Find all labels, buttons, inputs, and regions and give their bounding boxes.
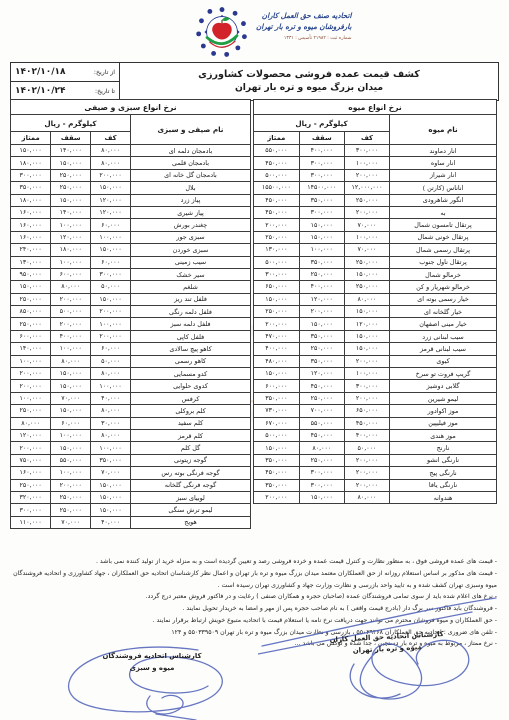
union-emblem-icon [194, 4, 250, 60]
premium-price-cell: ۳۰۰,۰۰۰ [11, 169, 51, 181]
floor-price-cell: ۳۰۰,۰۰۰ [344, 380, 389, 392]
premium-price-cell: ۶۵۰,۰۰۰ [254, 281, 300, 293]
ceiling-price-cell: ۲۰۰,۰۰۰ [51, 479, 91, 491]
premium-price-cell: ۵۰۰,۰۰۰ [254, 169, 300, 181]
ceiling-price-cell: ۱۰۰,۰۰۰ [51, 256, 91, 268]
ceiling-price-cell: ۱۴۰,۰۰۰ [51, 145, 91, 157]
product-name-cell: کاهو پیچ سالادی [130, 343, 250, 355]
table-row: لیمو ترش سنگی ۱۵۰,۰۰۰ ۲۵۰,۰۰۰ ۳۰۰,۰۰۰ [11, 504, 251, 516]
ceiling-price-cell: ۱۸۰,۰۰۰ [51, 244, 91, 256]
table-row: فلفل تند ریز ۱۵۰,۰۰۰ ۲۰۰,۰۰۰ ۲۵۰,۰۰۰ [11, 293, 251, 305]
ceiling-price-cell: ۲۵۰,۰۰۰ [51, 491, 91, 503]
floor-price-cell: ۷۰,۰۰۰ [91, 467, 131, 479]
floor-price-cell: ۲۰۰,۰۰۰ [91, 306, 131, 318]
ceiling-price-cell: ۳۰۰,۰۰۰ [299, 206, 344, 218]
ceiling-price-cell: ۸۰,۰۰۰ [299, 442, 344, 454]
table-row: خیار رسمی بوته ای ۸۰,۰۰۰ ۱۲۰,۰۰۰ ۱۵۰,۰۰۰ [254, 293, 497, 305]
product-name-cell: به [390, 206, 497, 218]
premium-price-cell: ۱۶۰,۰۰۰ [11, 231, 51, 243]
table-row: سبزی جور ۱۰۰,۰۰۰ ۱۲۰,۰۰۰ ۱۶۰,۰۰۰ [11, 231, 251, 243]
premium-price-cell: ۵۰۰,۰۰۰ [254, 429, 300, 441]
vegetables-rows: بادمجان دلمه ای ۸۰,۰۰۰ ۱۴۰,۰۰۰ ۱۵۰,۰۰۰ ب… [11, 145, 251, 529]
floor-price-cell: ۲۵۰,۰۰۰ [344, 194, 389, 206]
ceiling-price-cell: ۱۵۰,۰۰۰ [299, 491, 344, 503]
table-row: موز فیلیپین ۴۵۰,۰۰۰ ۵۵۰,۰۰۰ ۶۷۰,۰۰۰ [254, 417, 497, 429]
product-name-cell: موز فیلیپین [390, 417, 497, 429]
product-name-cell: کلم سفید [130, 417, 250, 429]
premium-price-cell: ۱۲۰,۰۰۰ [11, 429, 51, 441]
fruit-name-header: نام میوه [390, 115, 497, 145]
ceiling-price-cell: ۷۰,۰۰۰ [51, 392, 91, 404]
product-name-cell: خرمالو شهریار و کن [390, 281, 497, 293]
product-name-cell: گوجه فرنگی گلخانه [130, 479, 250, 491]
ceiling-price-cell: ۱۰۰,۰۰۰ [51, 429, 91, 441]
product-name-cell: موز اکوادور [390, 405, 497, 417]
floor-price-cell: ۱۵۰,۰۰۰ [344, 343, 389, 355]
ceiling-price-cell: ۱۵۰,۰۰۰ [299, 318, 344, 330]
table-row: خرمالو شمال ۱۵۰,۰۰۰ ۲۵۰,۰۰۰ ۳۰۰,۰۰۰ [254, 268, 497, 280]
premium-price-cell: ۱۶۰,۰۰۰ [11, 219, 51, 231]
product-name-cell: کدوی حلوایی [130, 380, 250, 392]
floor-price-cell: ۴۰,۰۰۰ [91, 516, 131, 528]
premium-price-cell: ۳۲۰,۰۰۰ [11, 491, 51, 503]
veg-section-title: نرخ انواع سبزی و صیفی [11, 100, 251, 115]
fruit-floor-header: کف [344, 132, 389, 145]
product-name-cell: انار شیراز [390, 169, 497, 181]
product-name-cell: گوجه زیتونی [130, 454, 250, 466]
product-name-cell: سیب زمینی [130, 256, 250, 268]
table-row: به ۲۰۰,۰۰۰ ۳۰۰,۰۰۰ ۴۵۰,۰۰۰ [254, 206, 497, 218]
product-name-cell: کیوی [390, 355, 497, 367]
left-signature-line1: کارشناس اتحادیه فروشندگان [62, 650, 242, 662]
table-row: موز هندی ۴۰۰,۰۰۰ ۴۵۰,۰۰۰ ۵۰۰,۰۰۰ [254, 429, 497, 441]
floor-price-cell: ۴۰,۰۰۰ [91, 392, 131, 404]
product-name-cell: خیار مینی اصفهان [390, 318, 497, 330]
ceiling-price-cell: ۱۴۰,۰۰۰ [51, 206, 91, 218]
premium-price-cell: ۱۵۰,۰۰۰ [254, 368, 300, 380]
fruit-section-title: نرخ انواع میوه [254, 100, 497, 115]
product-name-cell: بادمجان قلمی [130, 157, 250, 169]
product-name-cell: چغندر بورش [130, 219, 250, 231]
premium-price-cell: ۴۰۰,۰۰۰ [254, 343, 300, 355]
ceiling-price-cell: ۱۵۰,۰۰۰ [51, 380, 91, 392]
title-line-2: میدان بزرگ میوه و تره بار تهران [120, 82, 498, 95]
table-row: سیر خشک ۳۰۰,۰۰۰ ۶۰۰,۰۰۰ ۹۵۰,۰۰۰ [11, 268, 251, 280]
product-name-cell: انگور شاهرودی [390, 194, 497, 206]
table-row: پرتقال تامسون شمال ۷۰,۰۰۰ ۱۵۰,۰۰۰ ۲۰۰,۰۰… [254, 219, 497, 231]
product-name-cell: بلال [130, 182, 250, 194]
premium-price-cell: ۳۵۰,۰۰۰ [254, 392, 300, 404]
floor-price-cell: ۱۰۰,۰۰۰ [344, 157, 389, 169]
product-name-cell: فلفل دلمه رنگی [130, 306, 250, 318]
premium-price-cell: ۱۵۰,۰۰۰ [11, 281, 51, 293]
table-row: کلم سفید ۳۰,۰۰۰ ۶۰,۰۰۰ ۸۰,۰۰۰ [11, 417, 251, 429]
floor-price-cell: ۲۰۰,۰۰۰ [344, 169, 389, 181]
floor-price-cell: ۳۰۰,۰۰۰ [344, 145, 389, 157]
ceiling-price-cell: ۳۰۰,۰۰۰ [299, 169, 344, 181]
floor-price-cell: ۲۰۰,۰۰۰ [91, 169, 131, 181]
date-to-label: تا تاریخ: [95, 88, 115, 95]
ceiling-price-cell: ۲۵۰,۰۰۰ [51, 504, 91, 516]
table-row: بلال ۱۵۰,۰۰۰ ۲۵۰,۰۰۰ ۳۵۰,۰۰۰ [11, 182, 251, 194]
premium-price-cell: ۱۴۰,۰۰۰ [11, 343, 51, 355]
table-row: پیاز شیری ۱۲۰,۰۰۰ ۱۴۰,۰۰۰ ۱۶۰,۰۰۰ [11, 206, 251, 218]
product-name-cell: پرتقال رسمی شمال [390, 244, 497, 256]
table-row: لوبیای سبز ۱۵۰,۰۰۰ ۲۵۰,۰۰۰ ۳۲۰,۰۰۰ [11, 491, 251, 503]
premium-price-cell: ۲۵۰,۰۰۰ [11, 293, 51, 305]
table-row: هندوانه ۸۰,۰۰۰ ۱۵۰,۰۰۰ ۲۰۰,۰۰۰ [254, 491, 497, 503]
ceiling-price-cell: ۱۵۰,۰۰۰ [51, 368, 91, 380]
table-row: کلم قرمز ۸۰,۰۰۰ ۱۰۰,۰۰۰ ۱۲۰,۰۰۰ [11, 429, 251, 441]
product-name-cell: شلغم [130, 281, 250, 293]
table-row: سیب لبنانی قرمز ۱۵۰,۰۰۰ ۲۵۰,۰۰۰ ۴۰۰,۰۰۰ [254, 343, 497, 355]
ceiling-price-cell: ۲۵۰,۰۰۰ [299, 392, 344, 404]
product-name-cell: هندوانه [390, 491, 497, 503]
table-row: شلغم ۵۰,۰۰۰ ۸۰,۰۰۰ ۱۵۰,۰۰۰ [11, 281, 251, 293]
floor-price-cell: ۲۰۰,۰۰۰ [344, 454, 389, 466]
premium-price-cell: ۷۵۰,۰۰۰ [11, 454, 51, 466]
floor-price-cell: ۸۰,۰۰۰ [91, 405, 131, 417]
product-name-cell: گل کلم [130, 442, 250, 454]
table-row: سیب زمینی ۶۰,۰۰۰ ۱۰۰,۰۰۰ ۱۳۰,۰۰۰ [11, 256, 251, 268]
product-name-cell: بادمجان گل خانه ای [130, 169, 250, 181]
floor-price-cell: ۴۵۰,۰۰۰ [344, 417, 389, 429]
premium-price-cell: ۴۷۰,۰۰۰ [254, 330, 300, 342]
product-name-cell: پیاز زرد [130, 194, 250, 206]
product-name-cell: پرتقال ناول جنوب [390, 256, 497, 268]
floor-price-cell: ۷۰,۰۰۰ [344, 219, 389, 231]
table-row: چغندر بورش ۶۰,۰۰۰ ۱۰۰,۰۰۰ ۱۶۰,۰۰۰ [11, 219, 251, 231]
floor-price-cell: ۱۲۰,۰۰۰ [91, 206, 131, 218]
table-row: خیار مینی اصفهان ۱۲۰,۰۰۰ ۱۵۰,۰۰۰ ۲۰۰,۰۰۰ [254, 318, 497, 330]
premium-price-cell: ۳۵۰,۰۰۰ [11, 182, 51, 194]
premium-price-cell: ۲۰۰,۰۰۰ [254, 318, 300, 330]
premium-price-cell: ۴۵۰,۰۰۰ [254, 467, 300, 479]
fruit-unit-header: کیلوگرم - ریال [254, 115, 390, 132]
vegetables-table-body: نرخ انواع سبزی و صیفی نام صیفی و سبزی کی… [11, 100, 251, 145]
vegetables-price-table: نرخ انواع سبزی و صیفی نام صیفی و سبزی کی… [10, 99, 251, 529]
table-row: گوجه زیتونی ۳۵۰,۰۰۰ ۵۵۰,۰۰۰ ۷۵۰,۰۰۰ [11, 454, 251, 466]
veg-ceiling-header: سقف [51, 132, 91, 145]
product-name-cell: هویج [130, 516, 250, 528]
table-row: بادمجان قلمی ۸۰,۰۰۰ ۱۵۰,۰۰۰ ۱۸۰,۰۰۰ [11, 157, 251, 169]
date-box: از تاریخ: ۱۴۰۲/۱۰/۱۸ تا تاریخ: ۱۴۰۲/۱۰/۲… [11, 63, 120, 100]
fruit-premium-header: ممتاز [254, 132, 300, 145]
veg-name-header: نام صیفی و سبزی [130, 115, 250, 145]
product-name-cell: نارنگی انشو [390, 454, 497, 466]
floor-price-cell: ۱۵۰,۰۰۰ [91, 504, 131, 516]
ceiling-price-cell: ۲۵۰,۰۰۰ [51, 182, 91, 194]
table-row: گریپ فروت تو سرخ ۱۰۰,۰۰۰ ۱۲۰,۰۰۰ ۱۵۰,۰۰۰ [254, 368, 497, 380]
product-name-cell: انار ساوه [390, 157, 497, 169]
product-name-cell: لیمو شیرین [390, 392, 497, 404]
floor-price-cell: ۸۰,۰۰۰ [91, 157, 131, 169]
date-to-row: تا تاریخ: ۱۴۰۲/۱۰/۲۴ [11, 81, 119, 100]
table-row: بادمجان گل خانه ای ۲۰۰,۰۰۰ ۲۵۰,۰۰۰ ۳۰۰,۰… [11, 169, 251, 181]
ceiling-price-cell: ۲۰۰,۰۰۰ [51, 293, 91, 305]
floor-price-cell: ۷۰,۰۰۰ [344, 244, 389, 256]
ceiling-price-cell: ۱۵۰,۰۰۰ [299, 219, 344, 231]
ceiling-price-cell: ۱۰۰,۰۰۰ [51, 219, 91, 231]
table-row: بادمجان دلمه ای ۸۰,۰۰۰ ۱۴۰,۰۰۰ ۱۵۰,۰۰۰ [11, 145, 251, 157]
premium-price-cell: ۱۵۰,۰۰۰ [11, 145, 51, 157]
floor-price-cell: ۲۵۰,۰۰۰ [344, 281, 389, 293]
table-row: فلفل کاپی ۲۰۰,۰۰۰ ۴۰۰,۰۰۰ ۶۰۰,۰۰۰ [11, 330, 251, 342]
premium-price-cell: ۳۵۰,۰۰۰ [254, 454, 300, 466]
table-row: فلفل دلمه سبز ۱۰۰,۰۰۰ ۲۰۰,۰۰۰ ۲۵۰,۰۰۰ [11, 318, 251, 330]
floor-price-cell: ۵۰,۰۰۰ [344, 442, 389, 454]
ceiling-price-cell: ۳۰۰,۰۰۰ [299, 467, 344, 479]
ceiling-price-cell: ۱۲۰,۰۰۰ [51, 231, 91, 243]
product-name-cell: نارنگی پیج [390, 467, 497, 479]
floor-price-cell: ۱۰۰,۰۰۰ [91, 318, 131, 330]
product-name-cell: نارنگی یافا [390, 479, 497, 491]
footer-note-line: - نرخ های اعلام شده باید از سوی تمامی فر… [10, 591, 497, 603]
product-name-cell: خرمالو شمال [390, 268, 497, 280]
premium-price-cell: ۱۸۰,۰۰۰ [11, 157, 51, 169]
left-signature-block: کارشناس اتحادیه فروشندگان میوه و سبزی [62, 650, 242, 675]
product-name-cell: کلم قرمز [130, 429, 250, 441]
union-registration-line: شماره ثبت : ۲۱۹۸۲ تأسیس : ۱۳۳۱ [256, 36, 351, 41]
floor-price-cell: ۶۰,۰۰۰ [91, 343, 131, 355]
product-name-cell: فلفل کاپی [130, 330, 250, 342]
premium-price-cell: ۸۰,۰۰۰ [11, 417, 51, 429]
table-row: کاهو پیچ سالادی ۶۰,۰۰۰ ۱۰۰,۰۰۰ ۱۴۰,۰۰۰ [11, 343, 251, 355]
table-row: گلابی دوشیز ۳۰۰,۰۰۰ ۴۵۰,۰۰۰ ۶۰۰,۰۰۰ [254, 380, 497, 392]
ceiling-price-cell: ۳۰۰,۰۰۰ [299, 479, 344, 491]
ceiling-price-cell: ۱۵۰,۰۰۰ [51, 405, 91, 417]
product-name-cell: گریپ فروت تو سرخ [390, 368, 497, 380]
ceiling-price-cell: ۵۵۰,۰۰۰ [299, 417, 344, 429]
premium-price-cell: ۳۵۰,۰۰۰ [254, 479, 300, 491]
product-name-cell: خیار گلخانه ای [390, 306, 497, 318]
premium-price-cell: ۵۵۰,۰۰۰ [254, 145, 300, 157]
table-row: پرتقال ناول جنوب ۲۵۰,۰۰۰ ۳۵۰,۰۰۰ ۵۰۰,۰۰۰ [254, 256, 497, 268]
ceiling-price-cell: ۲۰۰,۰۰۰ [299, 306, 344, 318]
table-row: نارنگی انشو ۲۰۰,۰۰۰ ۲۵۰,۰۰۰ ۳۵۰,۰۰۰ [254, 454, 497, 466]
floor-price-cell: ۸۰,۰۰۰ [91, 429, 131, 441]
table-row: گوجه فرنگی گلخانه ۱۵۰,۰۰۰ ۲۰۰,۰۰۰ ۲۵۰,۰۰… [11, 479, 251, 491]
floor-price-cell: ۱۵۰,۰۰۰ [91, 182, 131, 194]
ceiling-price-cell: ۴۵۰,۰۰۰ [299, 429, 344, 441]
ceiling-price-cell: ۶۰۰,۰۰۰ [51, 268, 91, 280]
ceiling-price-cell: ۱۵۰,۰۰۰ [51, 157, 91, 169]
premium-price-cell: ۲۵۰,۰۰۰ [11, 405, 51, 417]
table-row: انار دماوند ۳۰۰,۰۰۰ ۴۰۰,۰۰۰ ۵۵۰,۰۰۰ [254, 145, 497, 157]
floor-price-cell: ۱۲۰,۰۰۰ [344, 318, 389, 330]
floor-price-cell: ۳۰,۰۰۰ [91, 417, 131, 429]
table-row: فلفل دلمه رنگی ۲۰۰,۰۰۰ ۵۰۰,۰۰۰ ۸۵۰,۰۰۰ [11, 306, 251, 318]
union-logo-text: اتحادیه صنف حق العمل کاران بارفروشان میو… [256, 4, 351, 41]
ceiling-price-cell: ۶۰,۰۰۰ [51, 417, 91, 429]
ceiling-price-cell: ۸۰,۰۰۰ [51, 355, 91, 367]
ceiling-price-cell: ۲۵۰,۰۰۰ [299, 454, 344, 466]
floor-price-cell: ۶۵۰,۰۰۰ [344, 405, 389, 417]
product-name-cell: انار دماوند [390, 145, 497, 157]
table-row: اناناس (کارتن ) ۱۲,۰۰۰,۰۰۰ ۱۴۵۰۰,۰۰۰ ۱۵۵… [254, 182, 497, 194]
premium-price-cell: ۴۵۰,۰۰۰ [254, 157, 300, 169]
premium-price-cell: ۱۳۰,۰۰۰ [254, 244, 300, 256]
floor-price-cell: ۸۰,۰۰۰ [344, 293, 389, 305]
table-row: نارنگی پیج ۲۰۰,۰۰۰ ۳۰۰,۰۰۰ ۴۵۰,۰۰۰ [254, 467, 497, 479]
product-name-cell: پرتقال خونی شمال [390, 231, 497, 243]
ceiling-price-cell: ۳۵۰,۰۰۰ [299, 194, 344, 206]
date-from-row: از تاریخ: ۱۴۰۲/۱۰/۱۸ [11, 63, 119, 81]
floor-price-cell: ۶۰,۰۰۰ [91, 219, 131, 231]
product-name-cell: بادمجان دلمه ای [130, 145, 250, 157]
floor-price-cell: ۲۰۰,۰۰۰ [344, 392, 389, 404]
premium-price-cell: ۹۵۰,۰۰۰ [11, 268, 51, 280]
floor-price-cell: ۲۰۰,۰۰۰ [344, 479, 389, 491]
premium-price-cell: ۲۰۰,۰۰۰ [254, 219, 300, 231]
product-name-cell: خیار رسمی بوته ای [390, 293, 497, 305]
table-row: نارنج ۵۰,۰۰۰ ۸۰,۰۰۰ ۱۵۰,۰۰۰ [254, 442, 497, 454]
floor-price-cell: ۵۰,۰۰۰ [91, 355, 131, 367]
ceiling-price-cell: ۱۲۰,۰۰۰ [299, 368, 344, 380]
floor-price-cell: ۱۵۰,۰۰۰ [344, 268, 389, 280]
premium-price-cell: ۶۰۰,۰۰۰ [254, 380, 300, 392]
premium-price-cell: ۲۵۰,۰۰۰ [11, 479, 51, 491]
document-title: کشف قیمت عمده فروشی محصولات کشاورزی میدا… [120, 63, 498, 100]
ceiling-price-cell: ۷۰۰,۰۰۰ [299, 405, 344, 417]
premium-price-cell: ۲۵۰,۰۰۰ [254, 231, 300, 243]
floor-price-cell: ۸۰,۰۰۰ [344, 491, 389, 503]
floor-price-cell: ۲۵۰,۰۰۰ [344, 256, 389, 268]
premium-price-cell: ۲۰۰,۰۰۰ [254, 491, 300, 503]
premium-price-cell: ۱۶۰,۰۰۰ [11, 467, 51, 479]
premium-price-cell: ۸۵۰,۰۰۰ [11, 306, 51, 318]
premium-price-cell: ۱۸۰,۰۰۰ [11, 194, 51, 206]
table-row: لیمو شیرین ۲۰۰,۰۰۰ ۲۵۰,۰۰۰ ۳۵۰,۰۰۰ [254, 392, 497, 404]
table-row: گل کلم ۱۰۰,۰۰۰ ۱۵۰,۰۰۰ ۲۰۰,۰۰۰ [11, 442, 251, 454]
table-row: کیوی ۲۰۰,۰۰۰ ۳۵۰,۰۰۰ ۴۸۰,۰۰۰ [254, 355, 497, 367]
product-name-cell: سبزی خوردن [130, 244, 250, 256]
ceiling-price-cell: ۴۰۰,۰۰۰ [299, 145, 344, 157]
table-row: انگور شاهرودی ۲۵۰,۰۰۰ ۳۵۰,۰۰۰ ۴۵۰,۰۰۰ [254, 194, 497, 206]
premium-price-cell: ۶۰۰,۰۰۰ [11, 330, 51, 342]
title-line-1: کشف قیمت عمده فروشی محصولات کشاورزی [120, 68, 498, 82]
premium-price-cell: ۲۰۰,۰۰۰ [11, 442, 51, 454]
floor-price-cell: ۱۵۰,۰۰۰ [91, 244, 131, 256]
floor-price-cell: ۱۵۰,۰۰۰ [91, 479, 131, 491]
date-to-value: ۱۴۰۲/۱۰/۲۴ [15, 86, 66, 96]
floor-price-cell: ۴۰۰,۰۰۰ [344, 429, 389, 441]
table-row: پرتقال رسمی شمال ۷۰,۰۰۰ ۱۰۰,۰۰۰ ۱۳۰,۰۰۰ [254, 244, 497, 256]
premium-price-cell: ۱۰۰,۰۰۰ [11, 392, 51, 404]
veg-premium-header: ممتاز [11, 132, 51, 145]
premium-price-cell: ۱۰۰,۰۰۰ [11, 355, 51, 367]
table-row: هویج ۴۰,۰۰۰ ۷۰,۰۰۰ ۱۱۰,۰۰۰ [11, 516, 251, 528]
fruit-ceiling-header: سقف [299, 132, 344, 145]
table-row: گوجه فرنگی بوته رس ۷۰,۰۰۰ ۱۰۰,۰۰۰ ۱۶۰,۰۰… [11, 467, 251, 479]
floor-price-cell: ۸۰,۰۰۰ [91, 145, 131, 157]
product-name-cell: پرتقال تامسون شمال [390, 219, 497, 231]
product-name-cell: گلابی دوشیز [390, 380, 497, 392]
date-from-value: ۱۴۰۲/۱۰/۱۸ [15, 67, 66, 77]
product-name-cell: کدو مسمایی [130, 368, 250, 380]
premium-price-cell: ۴۸۰,۰۰۰ [254, 355, 300, 367]
ceiling-price-cell: ۴۵۰,۰۰۰ [299, 380, 344, 392]
document-header: کشف قیمت عمده فروشی محصولات کشاورزی میدا… [10, 62, 499, 101]
floor-price-cell: ۱۲۰,۰۰۰ [91, 194, 131, 206]
ceiling-price-cell: ۲۵۰,۰۰۰ [51, 169, 91, 181]
footer-note-line: - فروشندگان باید فاکتور سر برگ دار (بادر… [10, 603, 497, 615]
ceiling-price-cell: ۲۰۰,۰۰۰ [51, 318, 91, 330]
scanned-price-document: { "logo": { "org_line1": "اتحادیه صنف حق… [0, 0, 509, 720]
premium-price-cell: ۲۵۰,۰۰۰ [11, 318, 51, 330]
floor-price-cell: ۱۰۰,۰۰۰ [344, 231, 389, 243]
floor-price-cell: ۵۰,۰۰۰ [91, 281, 131, 293]
table-row: کاهو رسمی ۵۰,۰۰۰ ۸۰,۰۰۰ ۱۰۰,۰۰۰ [11, 355, 251, 367]
table-row: موز اکوادور ۶۵۰,۰۰۰ ۷۰۰,۰۰۰ ۷۳۰,۰۰۰ [254, 405, 497, 417]
floor-price-cell: ۲۰۰,۰۰۰ [344, 206, 389, 218]
product-name-cell: سبزی جور [130, 231, 250, 243]
floor-price-cell: ۲۰۰,۰۰۰ [344, 467, 389, 479]
table-row: پیاز زرد ۱۲۰,۰۰۰ ۱۵۰,۰۰۰ ۱۸۰,۰۰۰ [11, 194, 251, 206]
ceiling-price-cell: ۲۵۰,۰۰۰ [299, 343, 344, 355]
floor-price-cell: ۱۰۰,۰۰۰ [91, 442, 131, 454]
table-row: پرتقال خونی شمال ۱۰۰,۰۰۰ ۱۵۰,۰۰۰ ۲۵۰,۰۰۰ [254, 231, 497, 243]
premium-price-cell: ۵۰۰,۰۰۰ [254, 256, 300, 268]
ceiling-price-cell: ۱۵۰,۰۰۰ [51, 194, 91, 206]
premium-price-cell: ۶۷۰,۰۰۰ [254, 417, 300, 429]
footer-note-line: - حق العملکاران و میوه فروشان محترم می ت… [10, 615, 497, 627]
product-name-cell: گوجه فرنگی بوته رس [130, 467, 250, 479]
ceiling-price-cell: ۱۵۰,۰۰۰ [299, 231, 344, 243]
product-name-cell: فلفل تند ریز [130, 293, 250, 305]
premium-price-cell: ۴۵۰,۰۰۰ [254, 194, 300, 206]
table-row: انار ساوه ۱۰۰,۰۰۰ ۳۰۰,۰۰۰ ۴۵۰,۰۰۰ [254, 157, 497, 169]
premium-price-cell: ۱۳۰,۰۰۰ [11, 256, 51, 268]
premium-price-cell: ۳۰۰,۰۰۰ [254, 268, 300, 280]
table-row: خیار گلخانه ای ۱۵۰,۰۰۰ ۲۰۰,۰۰۰ ۲۵۰,۰۰۰ [254, 306, 497, 318]
left-signature-line2: میوه و سبزی [62, 662, 242, 674]
table-row: کرفس ۴۰,۰۰۰ ۷۰,۰۰۰ ۱۰۰,۰۰۰ [11, 392, 251, 404]
premium-price-cell: ۱۵۰,۰۰۰ [254, 442, 300, 454]
premium-price-cell: ۱۵۰,۰۰۰ [254, 293, 300, 305]
table-row: کدوی حلوایی ۱۰۰,۰۰۰ ۱۵۰,۰۰۰ ۲۰۰,۰۰۰ [11, 380, 251, 392]
premium-price-cell: ۳۰۰,۰۰۰ [11, 504, 51, 516]
ceiling-price-cell: ۳۵۰,۰۰۰ [299, 355, 344, 367]
product-name-cell: سیب لبنانی زرد [390, 330, 497, 342]
product-name-cell: موز هندی [390, 429, 497, 441]
union-name-line2: بارفروشان میوه و تره بار تهران [256, 21, 351, 32]
ceiling-price-cell: ۱۵۰,۰۰۰ [51, 442, 91, 454]
fruits-rows: انار دماوند ۳۰۰,۰۰۰ ۴۰۰,۰۰۰ ۵۵۰,۰۰۰ انار… [254, 145, 497, 504]
ceiling-price-cell: ۱۴۵۰۰,۰۰۰ [299, 182, 344, 194]
premium-price-cell: ۲۰۰,۰۰۰ [11, 380, 51, 392]
date-from-label: از تاریخ: [94, 69, 115, 76]
table-row: نارنگی یافا ۲۰۰,۰۰۰ ۳۰۰,۰۰۰ ۳۵۰,۰۰۰ [254, 479, 497, 491]
floor-price-cell: ۲۰۰,۰۰۰ [91, 330, 131, 342]
floor-price-cell: ۱۲,۰۰۰,۰۰۰ [344, 182, 389, 194]
ceiling-price-cell: ۸۰,۰۰۰ [51, 281, 91, 293]
premium-price-cell: ۲۵۰,۰۰۰ [254, 306, 300, 318]
floor-price-cell: ۶۰,۰۰۰ [91, 256, 131, 268]
product-name-cell: پیاز شیری [130, 206, 250, 218]
ceiling-price-cell: ۳۵۰,۰۰۰ [299, 256, 344, 268]
table-row: خرمالو شهریار و کن ۲۵۰,۰۰۰ ۴۰۰,۰۰۰ ۶۵۰,۰… [254, 281, 497, 293]
premium-price-cell: ۱۵۵۰۰,۰۰۰ [254, 182, 300, 194]
premium-price-cell: ۲۰۰,۰۰۰ [11, 368, 51, 380]
floor-price-cell: ۳۵۰,۰۰۰ [91, 454, 131, 466]
ceiling-price-cell: ۱۰۰,۰۰۰ [51, 467, 91, 479]
ceiling-price-cell: ۴۰۰,۰۰۰ [299, 281, 344, 293]
table-row: سیب لبنانی زرد ۱۵۰,۰۰۰ ۳۵۰,۰۰۰ ۴۷۰,۰۰۰ [254, 330, 497, 342]
product-name-cell: کلم بروکلی [130, 405, 250, 417]
premium-price-cell: ۴۵۰,۰۰۰ [254, 206, 300, 218]
table-row: کلم بروکلی ۸۰,۰۰۰ ۱۵۰,۰۰۰ ۲۵۰,۰۰۰ [11, 405, 251, 417]
